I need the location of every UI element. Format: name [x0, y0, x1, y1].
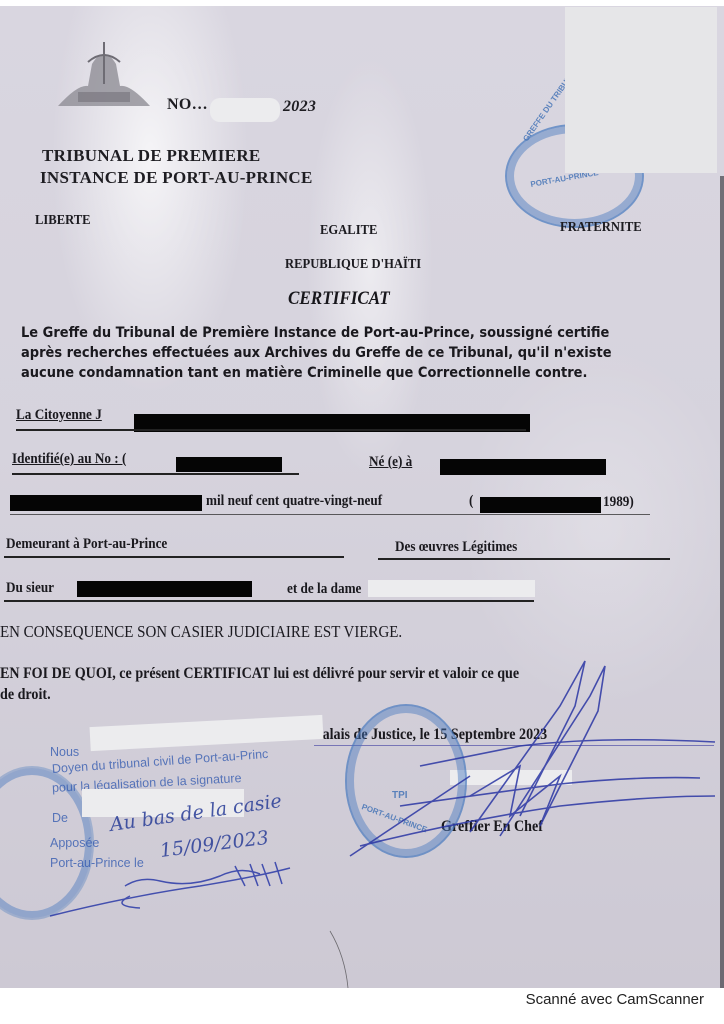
handwritten-signatures	[0, 6, 724, 988]
paper-crease-line	[330, 931, 348, 988]
dean-signature-icon	[50, 862, 290, 916]
scanned-certificate-page: NO… 2023 TRIBUNAL DE PREMIERE INSTANCE D…	[0, 6, 724, 988]
clerk-signature-icon	[350, 661, 715, 856]
page-edge-shadow	[720, 176, 724, 988]
camscanner-watermark: Scanné avec CamScanner	[526, 991, 704, 1008]
